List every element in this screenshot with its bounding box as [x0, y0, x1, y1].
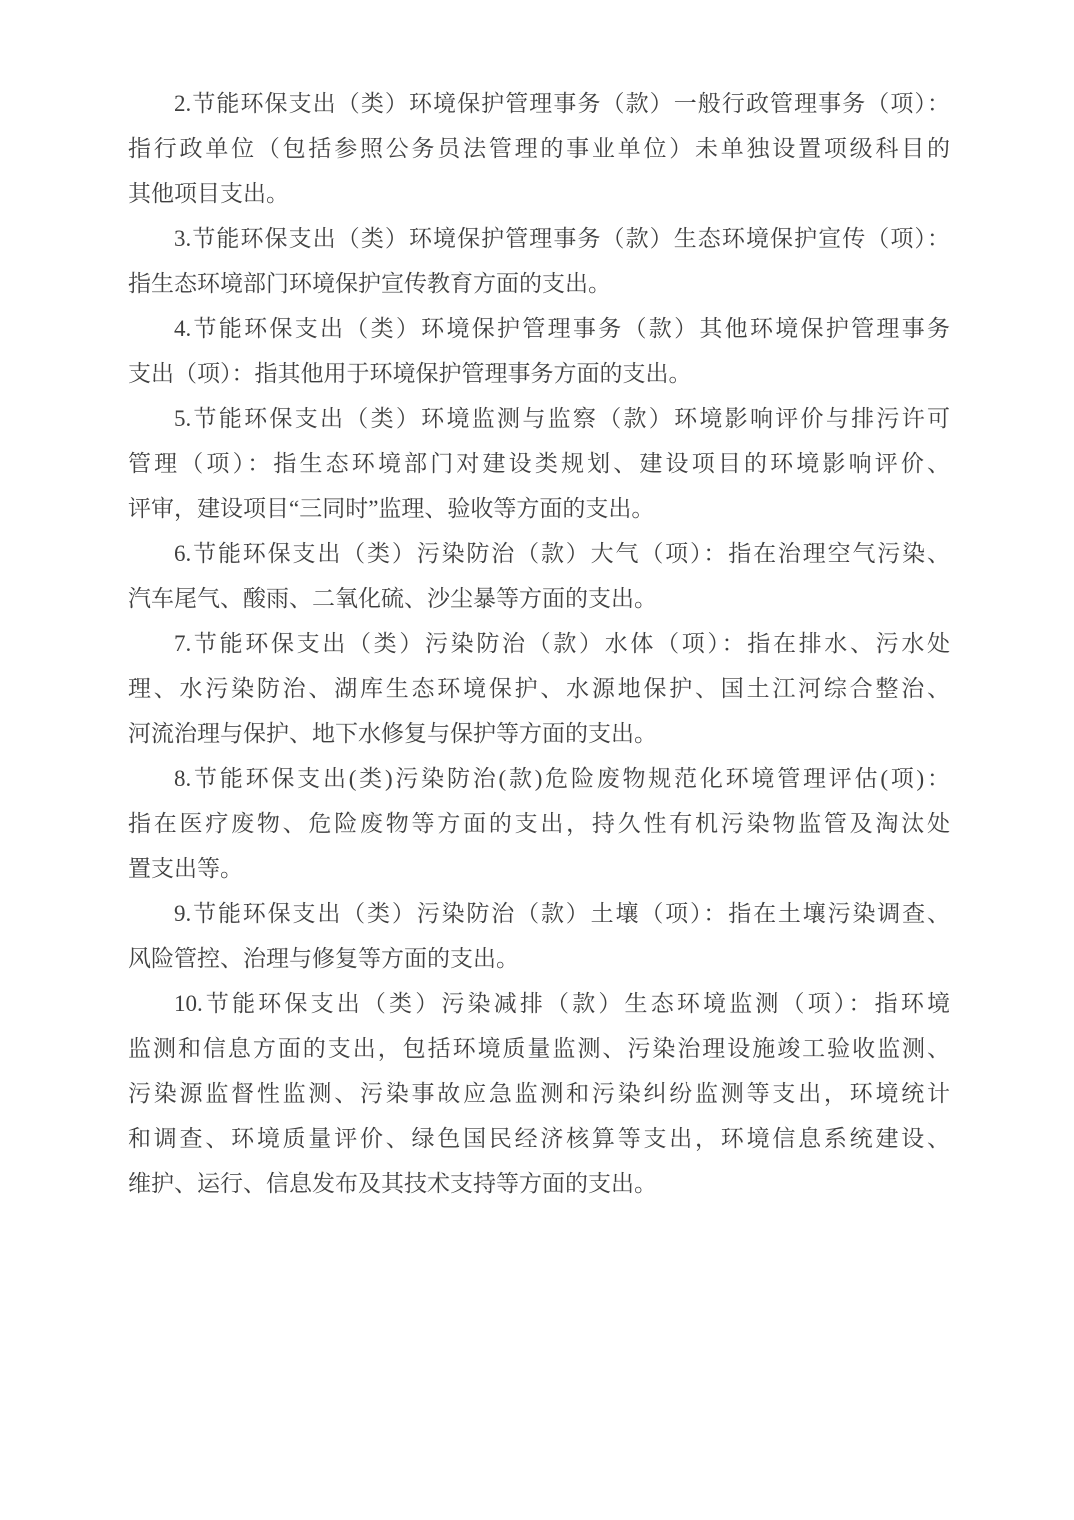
text-line: 2.节能环保支出（类）环境保护管理事务（款）一般行政管理事务（项）：	[128, 81, 950, 126]
text-line: 和调查、环境质量评价、绿色国民经济核算等支出，环境信息系统建设、	[128, 1116, 950, 1161]
paragraph-item-7: 7.节能环保支出（类）污染防治（款）水体（项）：指在排水、污水处理、水污染防治、…	[128, 621, 950, 756]
paragraph-item-4: 4.节能环保支出（类）环境保护管理事务（款）其他环境保护管理事务支出（项）：指其…	[128, 306, 950, 396]
paragraph-item-5: 5.节能环保支出（类）环境监测与监察（款）环境影响评价与排污许可管理（项）：指生…	[128, 396, 950, 531]
text-line: 河流治理与保护、地下水修复与保护等方面的支出。	[128, 711, 950, 756]
text-line: 支出（项）：指其他用于环境保护管理事务方面的支出。	[128, 351, 950, 396]
text-line: 9.节能环保支出（类）污染防治（款）土壤（项）：指在土壤污染调查、	[128, 891, 950, 936]
text-line: 污染源监督性监测、污染事故应急监测和污染纠纷监测等支出，环境统计	[128, 1071, 950, 1116]
paragraph-item-2: 2.节能环保支出（类）环境保护管理事务（款）一般行政管理事务（项）：指行政单位（…	[128, 81, 950, 216]
paragraph-item-6: 6.节能环保支出（类）污染防治（款）大气（项）：指在治理空气污染、汽车尾气、酸雨…	[128, 531, 950, 621]
paragraph-item-8: 8.节能环保支出(类)污染防治(款)危险废物规范化环境管理评估(项)：指在医疗废…	[128, 756, 950, 891]
paragraph-item-3: 3.节能环保支出（类）环境保护管理事务（款）生态环境保护宣传（项）：指生态环境部…	[128, 216, 950, 306]
text-line: 汽车尾气、酸雨、二氧化硫、沙尘暴等方面的支出。	[128, 576, 950, 621]
text-line: 维护、运行、信息发布及其技术支持等方面的支出。	[128, 1161, 950, 1206]
text-line: 7.节能环保支出（类）污染防治（款）水体（项）：指在排水、污水处	[128, 621, 950, 666]
text-line: 指行政单位（包括参照公务员法管理的事业单位）未单独设置项级科目的	[128, 126, 950, 171]
text-line: 6.节能环保支出（类）污染防治（款）大气（项）：指在治理空气污染、	[128, 531, 950, 576]
text-line: 置支出等。	[128, 846, 950, 891]
text-line: 评审，建设项目“三同时”监理、验收等方面的支出。	[128, 486, 950, 531]
text-line: 5.节能环保支出（类）环境监测与监察（款）环境影响评价与排污许可	[128, 396, 950, 441]
text-line: 8.节能环保支出(类)污染防治(款)危险废物规范化环境管理评估(项)：	[128, 756, 950, 801]
text-line: 风险管控、治理与修复等方面的支出。	[128, 936, 950, 981]
text-line: 4.节能环保支出（类）环境保护管理事务（款）其他环境保护管理事务	[128, 306, 950, 351]
text-line: 10.节能环保支出（类）污染减排（款）生态环境监测（项）：指环境	[128, 981, 950, 1026]
text-line: 3.节能环保支出（类）环境保护管理事务（款）生态环境保护宣传（项）：	[128, 216, 950, 261]
document-text-block: 2.节能环保支出（类）环境保护管理事务（款）一般行政管理事务（项）：指行政单位（…	[128, 81, 950, 1206]
text-line: 理、水污染防治、湖库生态环境保护、水源地保护、国土江河综合整治、	[128, 666, 950, 711]
text-line: 指生态环境部门环境保护宣传教育方面的支出。	[128, 261, 950, 306]
paragraph-item-10: 10.节能环保支出（类）污染减排（款）生态环境监测（项）：指环境监测和信息方面的…	[128, 981, 950, 1206]
text-line: 指在医疗废物、危险废物等方面的支出，持久性有机污染物监管及淘汰处	[128, 801, 950, 846]
text-line: 管理（项）：指生态环境部门对建设类规划、建设项目的环境影响评价、	[128, 441, 950, 486]
text-line: 其他项目支出。	[128, 171, 950, 216]
text-line: 监测和信息方面的支出，包括环境质量监测、污染治理设施竣工验收监测、	[128, 1026, 950, 1071]
paragraph-item-9: 9.节能环保支出（类）污染防治（款）土壤（项）：指在土壤污染调查、风险管控、治理…	[128, 891, 950, 981]
